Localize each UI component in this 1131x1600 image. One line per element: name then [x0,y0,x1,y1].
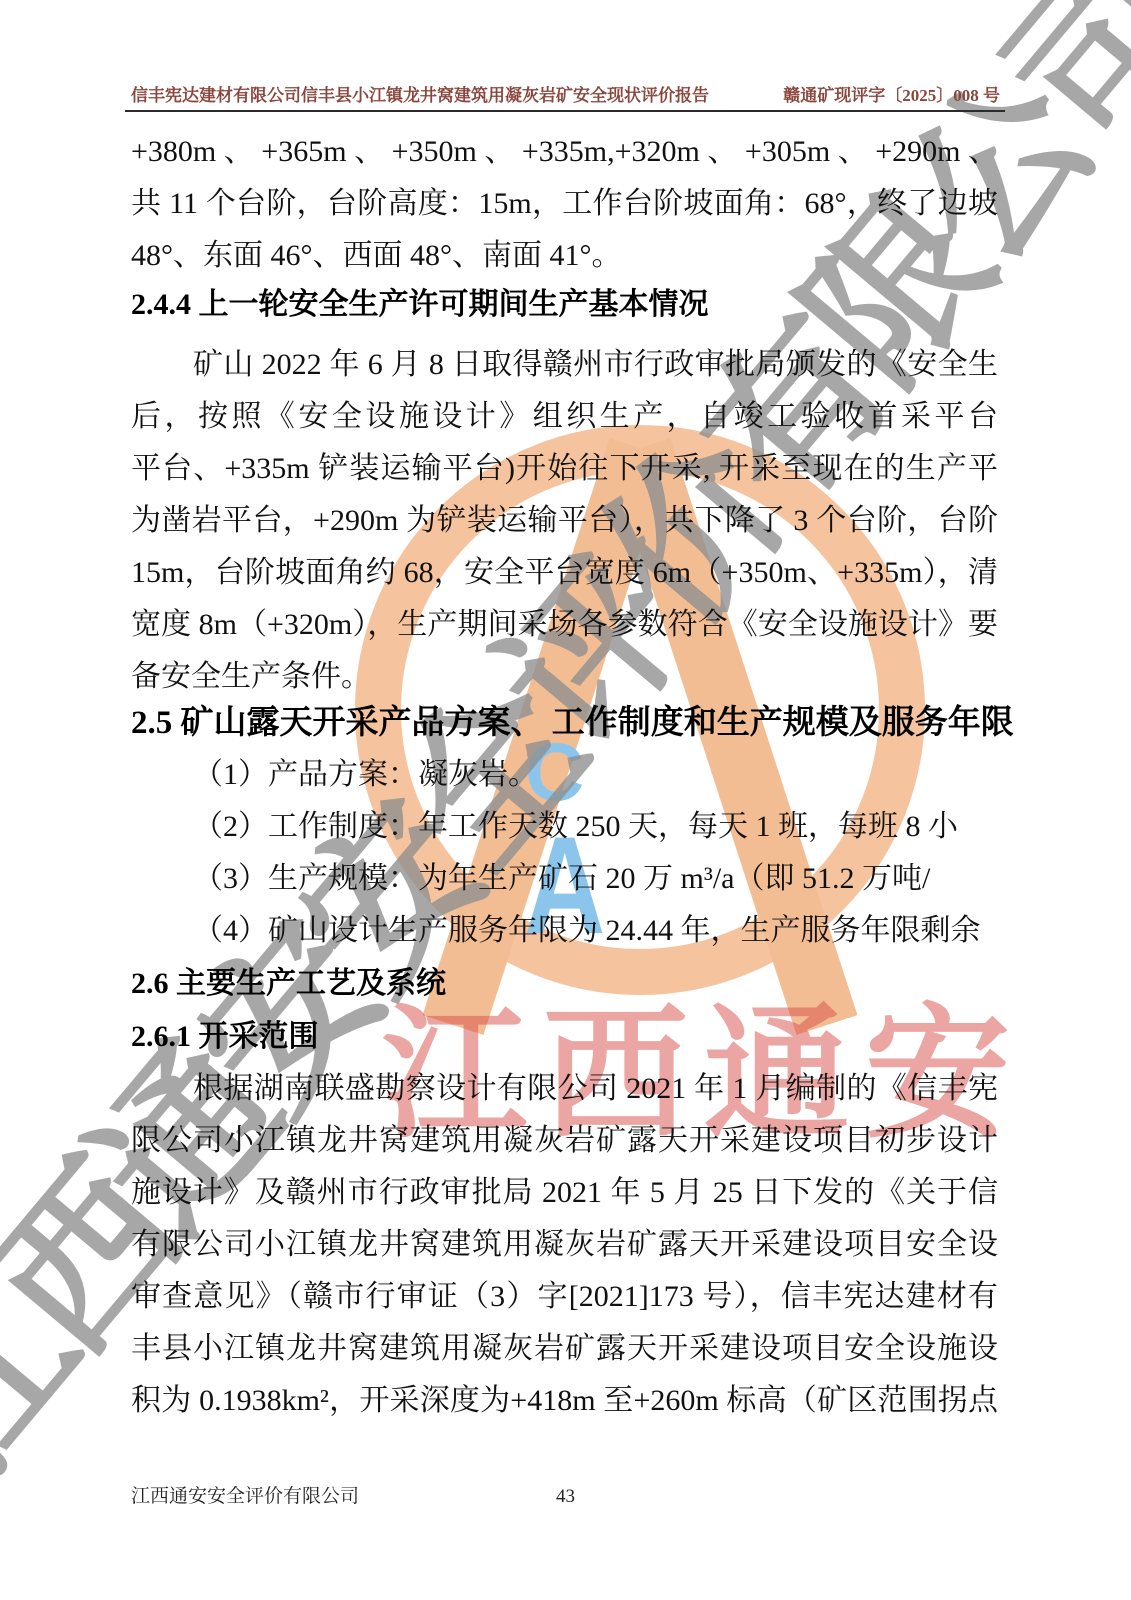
body-line: 丰县小江镇龙井窝建筑用凝灰岩矿露天开采建设项目安全设施设计矿区面 [131,1323,998,1375]
body-line: 施设计》及赣州市行政审批局 2021 年 5 月 25 日下发的《关于信丰宪达建… [131,1167,998,1219]
list-item: （1）产品方案：凝灰岩。 [131,749,998,801]
body-line: 有限公司小江镇龙井窝建筑用凝灰岩矿露天开采建设项目安全设施设计的 [131,1219,998,1271]
body-line: 限公司小江镇龙井窝建筑用凝灰岩矿露天开采建设项目初步设计及安全设 [131,1115,998,1167]
body-line: 后，按照《安全设施设计》组织生产，自竣工验收首采平台（+350m 凿岩 [131,391,998,443]
section-heading-2-6-1: 2.6.1 开采范围 [131,1009,1091,1065]
body-line: 平台、+335m 铲装运输平台)开始往下开采, 开采至现在的生产平台(+305m [131,443,998,495]
footer-company-name: 江西通安安全评价有限公司 [131,1483,359,1511]
page-content: 信丰宪达建材有限公司信丰县小江镇龙井窝建筑用凝灰岩矿安全现状评价报告 赣通矿现评… [0,0,1131,1600]
header-report-title: 信丰宪达建材有限公司信丰县小江镇龙井窝建筑用凝灰岩矿安全现状评价报告 [131,84,709,108]
section-heading-2-4-4: 2.4.4 上一轮安全生产许可期间生产基本情况 [131,277,1091,333]
body-line: 审查意见》（赣市行审证（3）字[2021]173 号），信丰宪达建材有限公司信 [131,1271,998,1323]
list-item: （3）生产规模：为年生产矿石 20 万 m³/a（即 51.2 万吨/年）。 [131,853,998,905]
body-line: 矿山 2022 年 6 月 8 日取得赣州市行政审批局颁发的《安全生产许可证》 [131,339,998,391]
body-line: 宽度 8m（+320m），生产期间采场各参数符合《安全设施设计》要求，具 [131,599,998,651]
list-item: （2）工作制度：年工作天数 250 天，每天 1 班，每班 8 小时。 [131,801,998,853]
list-item: （4）矿山设计生产服务年限为 24.44 年，生产服务年限剩余约 16.2 年。 [131,905,998,957]
header-document-number: 赣通矿现评字〔2025〕008 号 [783,84,1000,108]
body-line: 根据湖南联盛勘察设计有限公司 2021 年 1 月编制的《信丰宪达建材有 [131,1063,998,1115]
body-line: +380m、+365m、+350m、+335m,+320m、+305m、+290… [131,126,998,178]
section-heading-2-6: 2.6 主要生产工艺及系统 [131,956,1091,1012]
document-page: C A 江西通安 江西通安安全评价有限公司 信丰宪达建材有限公司信丰县小江镇龙井… [0,0,1131,1600]
body-line: 为凿岩平台，+290m 为铲装运输平台），共下降了 3 个台阶，台阶高度为 [131,495,998,547]
body-line: 积为 0.1938km²，开采深度为+418m 至+260m 标高（矿区范围拐点… [131,1375,998,1427]
header-rule [125,110,1005,112]
body-line: 48°、东面 46°、西面 48°、南面 41°。 [131,230,998,282]
body-line: 15m，台阶坡面角约 68，安全平台宽度 6m（+350m、+335m），清扫平… [131,547,998,599]
body-line: 共 11 个台阶，台阶高度：15m，工作台阶坡面角：68°，终了边坡角：北面 [131,178,998,230]
section-heading-2-5: 2.5 矿山露天开采产品方案、 工作制度和生产规模及服务年限 [131,695,1091,751]
